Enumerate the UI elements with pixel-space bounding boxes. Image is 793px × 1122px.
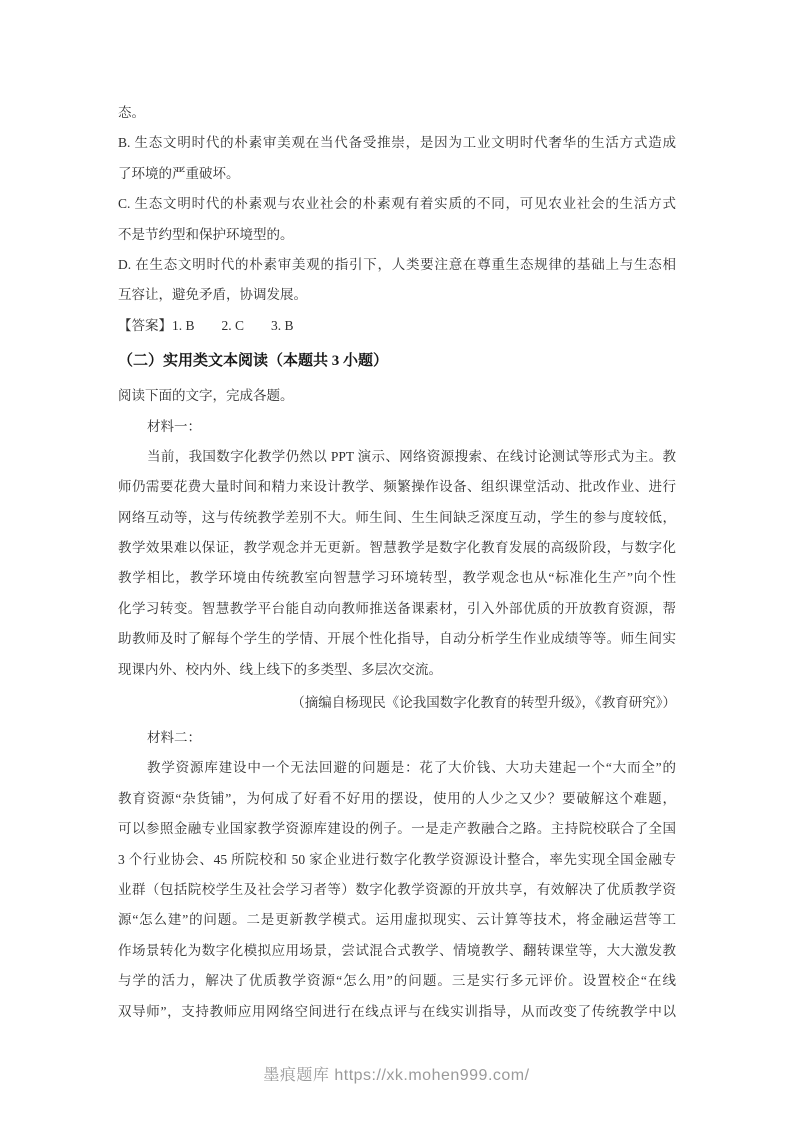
text-line: 教学相比，教学环境由传统教室向智慧学习环境转型，教学观念也从“标准化生产”向个性 xyxy=(118,563,676,593)
citation-line: （摘编自杨现民《论我国数字化教育的转型升级》，《教育研究》） xyxy=(118,688,676,718)
text-line: 可以参照金融专业国家教学资源库建设的例子。一是走产教融合之路。主持院校联合了全国 xyxy=(118,814,676,844)
text-line: 教学资源库建设中一个无法回避的问题是：花了大价钱、大功夫建起一个“大而全”的 xyxy=(118,753,676,783)
text-line: 源“怎么建”的问题。二是更新教学模式。运用虚拟现实、云计算等技术，将金融运营等工 xyxy=(118,905,676,935)
text-line: 业群（包括院校学生及社会学习者等）数字化教学资源的开放共享，有效解决了优质教学资 xyxy=(118,875,676,905)
text-line: 材料二： xyxy=(118,723,676,753)
text-line: 教学效果难以保证，教学观念并无更新。智慧教学是数字化教育发展的高级阶段，与数字化 xyxy=(118,533,676,563)
footer-watermark-text: 墨痕题库 https://xk.mohen999.com/ xyxy=(263,1067,529,1084)
text-line: 阅读下面的文字，完成各题。 xyxy=(118,381,676,411)
text-line: 不是节约型和保护环境型的。 xyxy=(118,220,676,250)
text-line: 师仍需要花费大量时间和精力来设计教学、频繁操作设备、组织课堂活动、批改作业、进行 xyxy=(118,472,676,502)
text-line: 材料一： xyxy=(118,412,676,442)
exam-paper-page: 态。B. 生态文明时代的朴素审美观在当代备受推崇，是因为工业文明时代奢华的生活方… xyxy=(0,0,793,1122)
text-line: 教育资源“杂货铺”，为何成了好看不好用的摆设，使用的人少之又少？要破解这个难题， xyxy=(118,784,676,814)
text-line: 了环境的严重破坏。 xyxy=(118,159,676,189)
text-line: 互容让，避免矛盾，协调发展。 xyxy=(118,280,676,310)
text-line: 作场景转化为数字化模拟应用场景，尝试混合式教学、情境教学、翻转课堂等，大大激发教 xyxy=(118,936,676,966)
text-line: B. 生态文明时代的朴素审美观在当代备受推崇，是因为工业文明时代奢华的生活方式造… xyxy=(118,128,676,158)
text-line: 网络互动等，这与传统教学差别不大。师生间、生生间缺乏深度互动，学生的参与度较低， xyxy=(118,503,676,533)
text-line: 双导师”，支持教师应用网络空间进行在线点评与在线实训指导，从而改变了传统教学中以 xyxy=(118,997,676,1027)
text-line: 现课内外、校内外、线上线下的多类型、多层次交流。 xyxy=(118,655,676,685)
text-line: C. 生态文明时代的朴素观与农业社会的朴素观有着实质的不同，可见农业社会的生活方… xyxy=(118,189,676,219)
footer-watermark: 墨痕题库 https://xk.mohen999.com/ xyxy=(0,1062,793,1085)
text-line: 当前，我国数字化教学仍然以 PPT 演示、网络资源搜索、在线讨论测试等形式为主。… xyxy=(118,442,676,472)
text-line: 化学习转变。智慧教学平台能自动向教师推送备课素材，引入外部优质的开放教育资源，帮 xyxy=(118,594,676,624)
text-line: D. 在生态文明时代的朴素审美观的指引下，人类要注意在尊重生态规律的基础上与生态… xyxy=(118,250,676,280)
text-line: 态。 xyxy=(118,98,676,128)
text-line: 助教师及时了解每个学生的学情、开展个性化指导，自动分析学生作业成绩等等。师生间实 xyxy=(118,624,676,654)
exam-document-body: 态。B. 生态文明时代的朴素审美观在当代备受推崇，是因为工业文明时代奢华的生活方… xyxy=(118,98,676,1027)
section-heading: （二）实用类文本阅读（本题共 3 小题） xyxy=(118,346,676,376)
answer-line: 【答案】1. B 2. C 3. B xyxy=(118,311,676,341)
text-line: 与学的活力，解决了优质教学资源“怎么用”的问题。三是实行多元评价。设置校企“在线 xyxy=(118,966,676,996)
text-line: 3 个行业协会、45 所院校和 50 家企业进行数字化教学资源设计整合，率先实现… xyxy=(118,845,676,875)
